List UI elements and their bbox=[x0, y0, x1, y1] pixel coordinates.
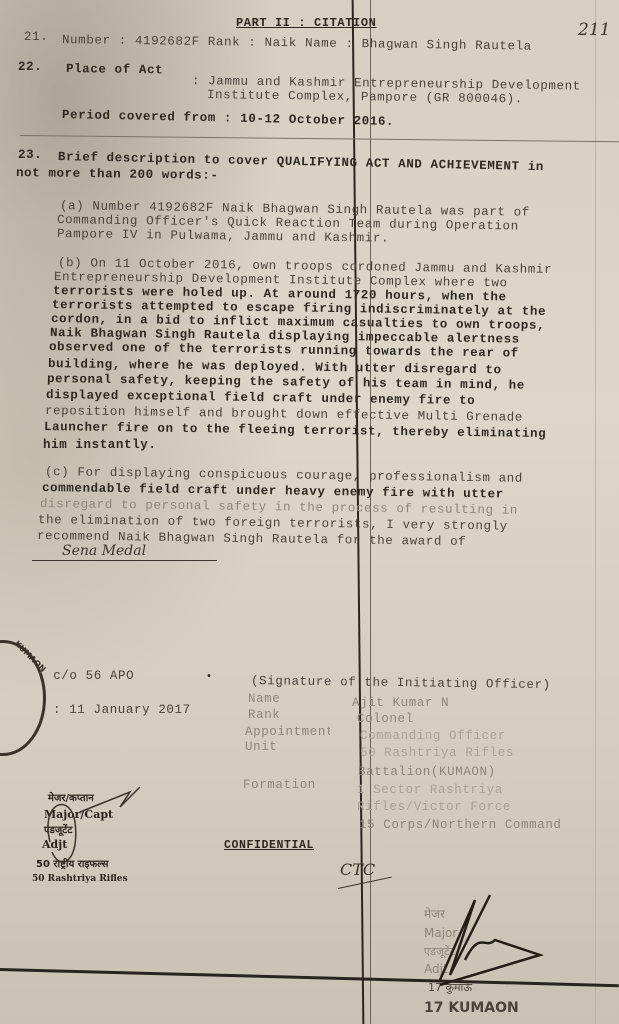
sig-value-unit-2: Battalion(KUMAON) bbox=[358, 765, 496, 779]
date-value: : 11 January 2017 bbox=[53, 703, 191, 717]
item-21-text: Number : 4192682F Rank : Naik Name : Bha… bbox=[62, 33, 532, 54]
sig-value-appointment: Commanding Officer bbox=[360, 729, 506, 743]
sig-value-formation-2: Rifles/Victor Force bbox=[357, 800, 511, 814]
sig-value-unit: 50 Rashtriya Rifles bbox=[360, 746, 514, 760]
unit-seal bbox=[0, 640, 46, 756]
fold-line bbox=[595, 0, 596, 1024]
stamp-line: 50 Rashtriya Rifles bbox=[32, 874, 128, 884]
sig-label-appointment: Appointment bbox=[245, 725, 330, 739]
sig-label-formation: Formation bbox=[243, 778, 316, 792]
station-value: : c/o 56 APO bbox=[37, 669, 134, 683]
item-22-number: 22. bbox=[18, 60, 42, 74]
signature-heading: (Signature of the Initiating Officer) bbox=[251, 674, 551, 692]
bullet-mark: • bbox=[206, 672, 213, 683]
sig-value-formation: 1 Sector Rashtriya bbox=[357, 783, 503, 797]
award-handwritten: Sena Medal bbox=[62, 543, 146, 559]
signature-left bbox=[40, 782, 170, 872]
period-covered: Period covered from : 10-12 October 2016… bbox=[62, 108, 394, 129]
item-23-number: 23. bbox=[18, 148, 42, 162]
item-22-label: Place of Act bbox=[66, 62, 163, 77]
sig-label-name: Name bbox=[248, 692, 280, 706]
award-underline bbox=[32, 560, 217, 561]
item-21-number: 21. bbox=[24, 30, 48, 44]
top-rule bbox=[20, 135, 619, 142]
sig-value-rank: Colonel bbox=[357, 712, 414, 726]
classification: CONFIDENTIAL bbox=[224, 839, 314, 852]
page-title: PART II : CITATION bbox=[236, 16, 376, 30]
ctc-mark: CTC bbox=[340, 860, 375, 879]
sig-value-formation-3: 15 Corps/Northern Command bbox=[359, 818, 562, 832]
item-23-line2: not more than 200 words:- bbox=[16, 166, 219, 183]
sig-value-name: Ajit Kumar N bbox=[352, 696, 449, 710]
sig-label-rank: Rank bbox=[248, 708, 280, 722]
sig-label-unit: Unit bbox=[245, 740, 277, 754]
stamp-line: 17 KUMAON bbox=[424, 1000, 519, 1016]
citation-document: PART II : CITATION 211 21. Number : 4192… bbox=[0, 0, 619, 1024]
para-b-line: him instantly. bbox=[43, 438, 156, 452]
item-22-line2: Institute Complex, Pampore (GR 800046). bbox=[207, 88, 523, 106]
page-number: 211 bbox=[578, 20, 610, 40]
